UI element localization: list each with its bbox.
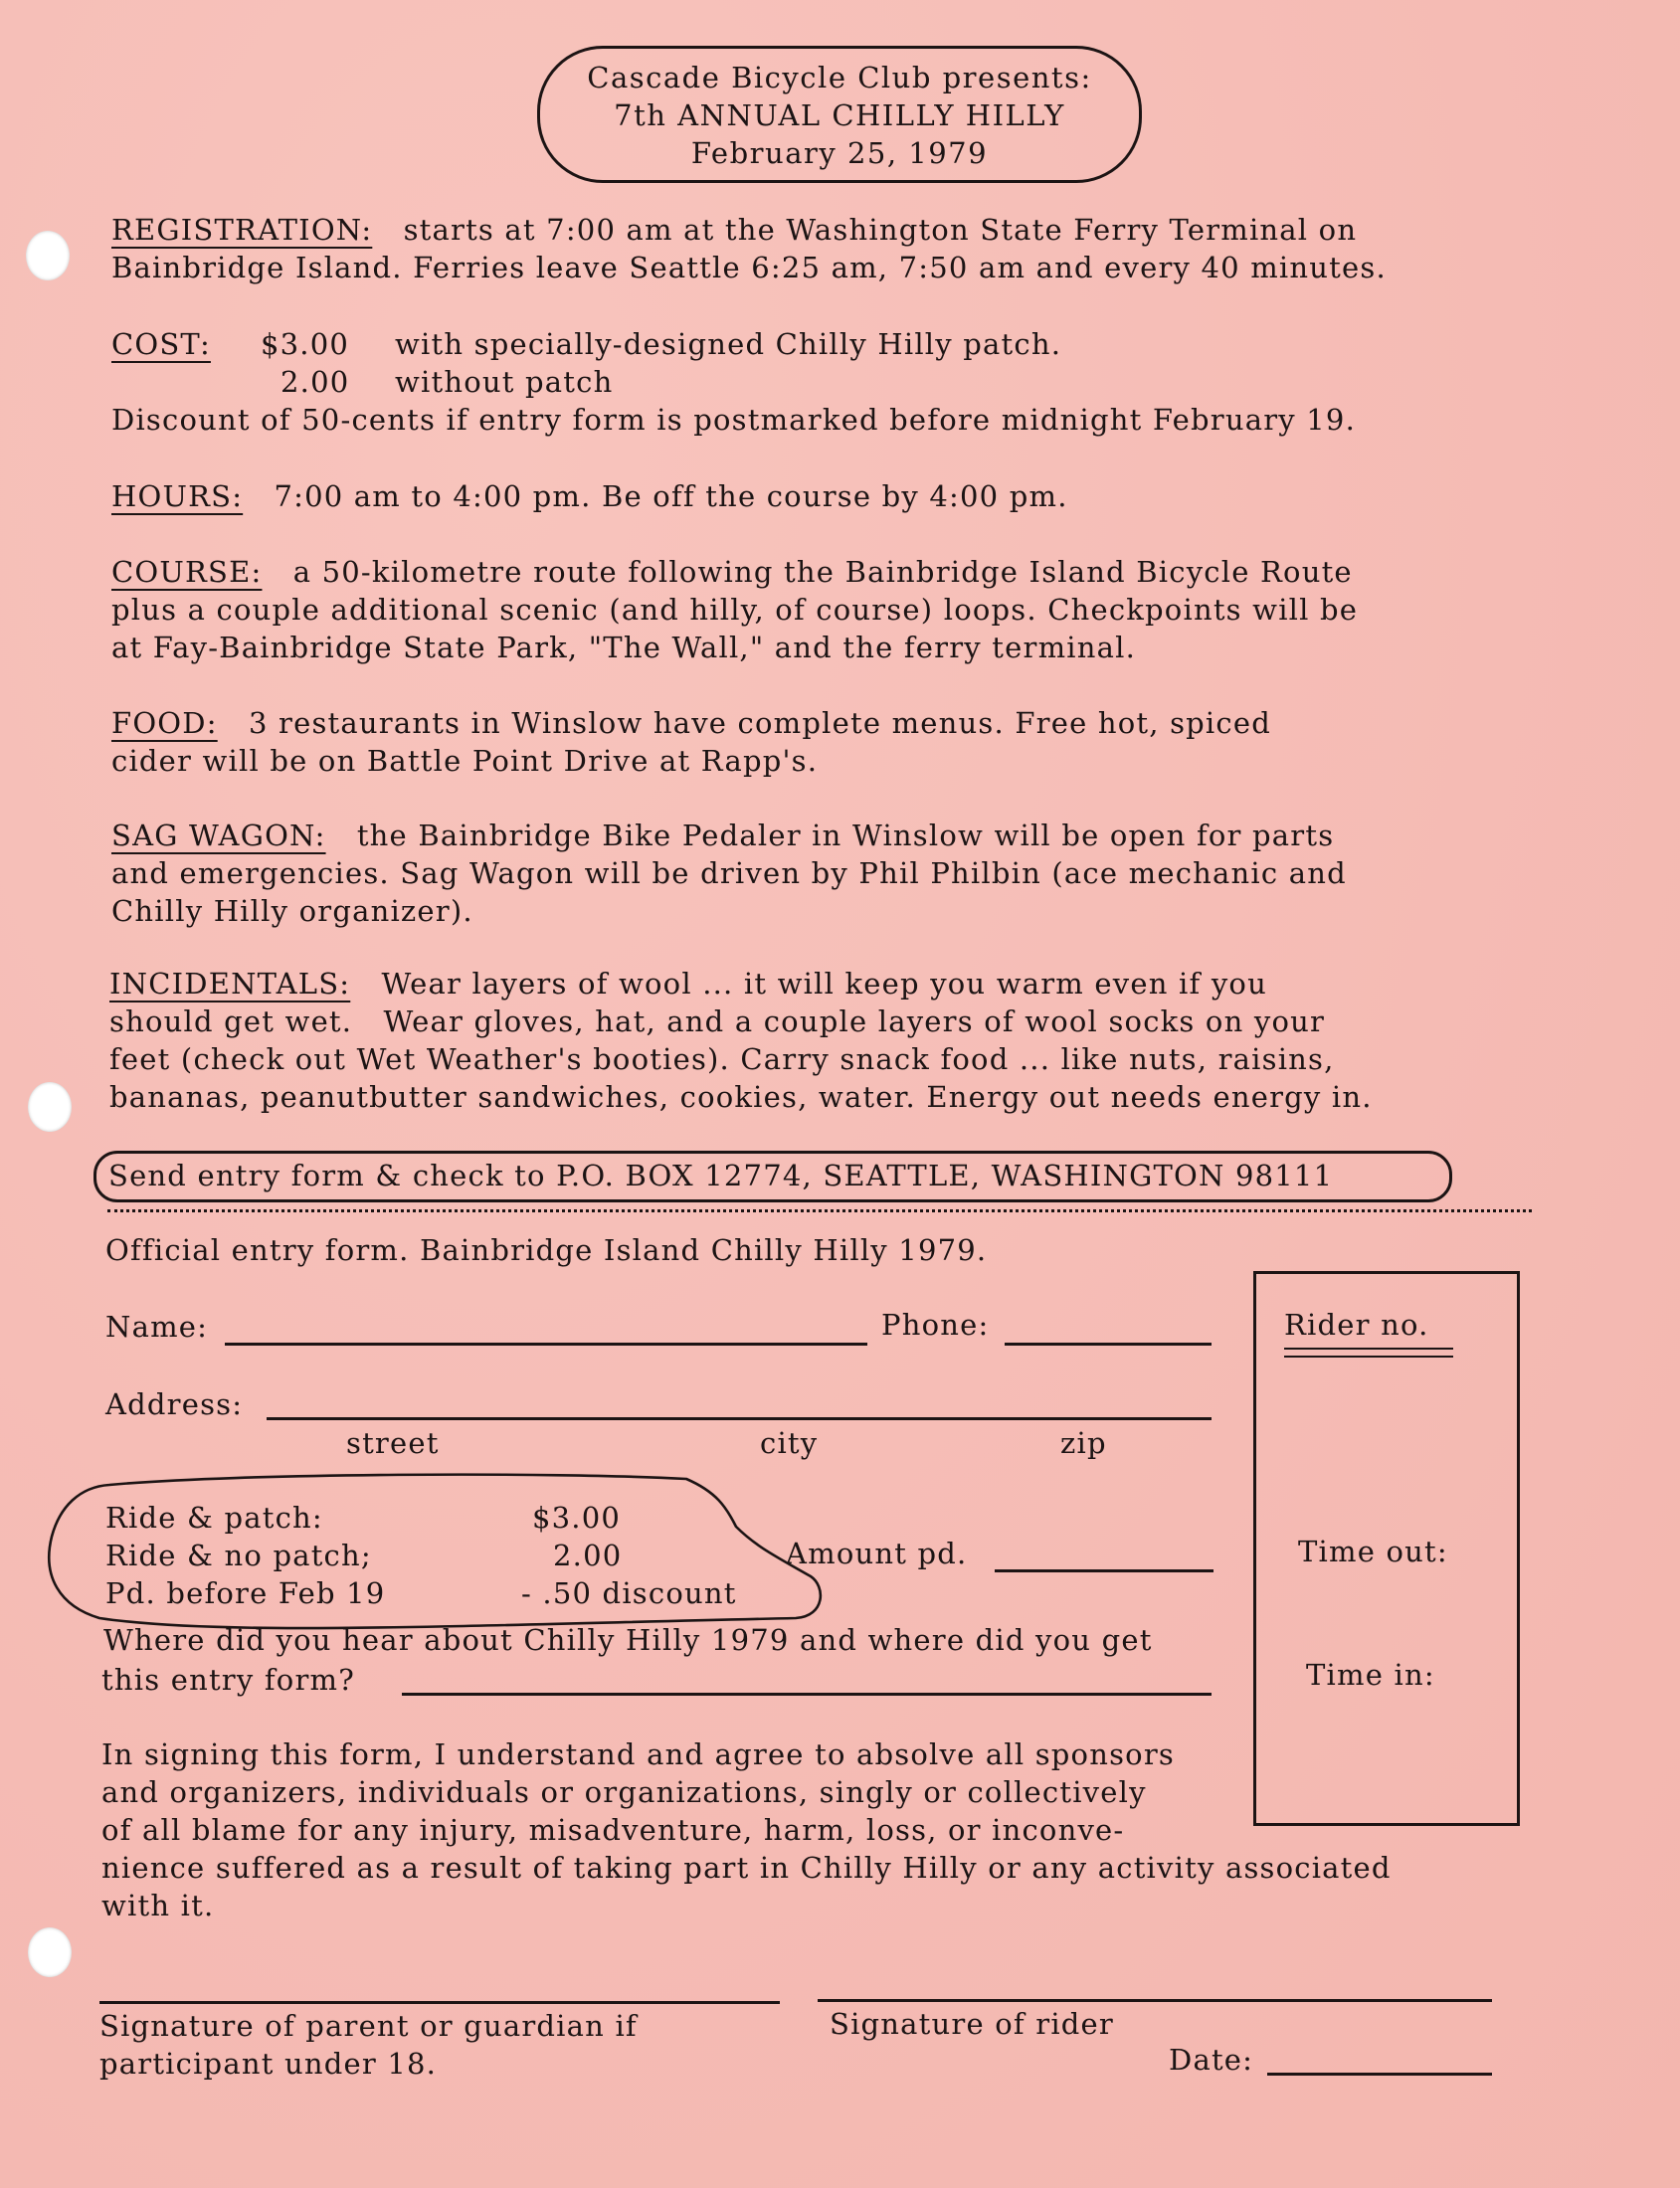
sag-wagon-line-1: the Bainbridge Bike Pedaler in Winslow w… — [357, 819, 1334, 852]
registration-label: REGISTRATION: — [111, 213, 372, 247]
sag-wagon-line-3: Chilly Hilly organizer). — [111, 892, 473, 930]
where-heard-field[interactable] — [402, 1693, 1212, 1696]
hours-text: 7:00 am to 4:00 pm. Be off the course by… — [274, 479, 1067, 513]
incidentals-line-2b: Wear gloves, hat, and a couple layers of… — [383, 1004, 1325, 1038]
name-field[interactable] — [225, 1343, 867, 1346]
waiver-line-4: nience suffered as a result of taking pa… — [101, 1849, 1392, 1887]
waiver-line-3: of all blame for any injury, misadventur… — [101, 1811, 1124, 1849]
cost-discount: Discount of 50-cents if entry form is po… — [111, 401, 1356, 439]
course-section: COURSE: a 50-kilometre route following t… — [111, 553, 1353, 591]
date-label: Date: — [1169, 2041, 1253, 2079]
incidentals-line-3: feet (check out Wet Weather's booties). … — [109, 1040, 1335, 1078]
event-title: 7th ANNUAL CHILLY HILLY — [540, 98, 1139, 132]
time-out-label: Time out: — [1298, 1533, 1448, 1570]
course-label: COURSE: — [111, 555, 262, 589]
incidentals-line-2: should get wet. Wear gloves, hat, and a … — [109, 1003, 1325, 1040]
address-label: Address: — [105, 1385, 243, 1423]
waiver-line-1: In signing this form, I understand and a… — [101, 1735, 1175, 1773]
registration-line-1: starts at 7:00 am at the Washington Stat… — [404, 213, 1358, 247]
punch-hole-top — [26, 231, 70, 280]
food-label: FOOD: — [111, 706, 218, 740]
incidentals-section: INCIDENTALS: Wear layers of wool ... it … — [109, 965, 1267, 1003]
course-line-2: plus a couple additional scenic (and hil… — [111, 591, 1358, 629]
course-line-3: at Fay-Bainbridge State Park, "The Wall,… — [111, 629, 1136, 666]
fee-label-1: Ride & patch: — [105, 1499, 323, 1537]
phone-label: Phone: — [881, 1306, 989, 1344]
fee-label-3: Pd. before Feb 19 — [105, 1574, 385, 1612]
course-line-1: a 50-kilometre route following the Bainb… — [293, 555, 1353, 589]
cost-desc-1: with specially-designed Chilly Hilly pat… — [395, 325, 1061, 363]
waiver-line-2: and organizers, individuals or organizat… — [101, 1773, 1147, 1811]
incidentals-label: INCIDENTALS: — [109, 967, 350, 1001]
rider-no-underline-2 — [1284, 1356, 1453, 1358]
rider-no-label: Rider no. — [1284, 1306, 1429, 1344]
punch-hole-bottom — [28, 1927, 72, 1977]
event-date: February 25, 1979 — [540, 136, 1139, 170]
fee-amount-2: 2.00 — [553, 1537, 622, 1574]
hours-section: HOURS: 7:00 am to 4:00 pm. Be off the co… — [111, 477, 1068, 515]
mailing-address-box: Send entry form & check to P.O. BOX 1277… — [93, 1151, 1452, 1202]
where-heard-line-1: Where did you hear about Chilly Hilly 19… — [103, 1621, 1153, 1659]
sag-wagon-section: SAG WAGON: the Bainbridge Bike Pedaler i… — [111, 817, 1334, 854]
hours-label: HOURS: — [111, 479, 243, 513]
mailing-address-text: Send entry form & check to P.O. BOX 1277… — [108, 1157, 1333, 1194]
food-section: FOOD: 3 restaurants in Winslow have comp… — [111, 704, 1271, 742]
rider-no-underline — [1284, 1348, 1453, 1350]
amount-paid-field[interactable] — [995, 1569, 1213, 1572]
amount-paid-label: Amount pd. — [786, 1535, 967, 1572]
date-field[interactable] — [1267, 2073, 1492, 2076]
rider-signature-field[interactable] — [818, 1999, 1492, 2002]
cost-price-2: 2.00 — [280, 363, 349, 401]
incidentals-line-1: Wear layers of wool ... it will keep you… — [382, 967, 1267, 1001]
parent-signature-caption-1: Signature of parent or guardian if — [99, 2007, 638, 2045]
official-use-box: Rider no. Time out: Time in: — [1253, 1271, 1520, 1826]
presenter-line: Cascade Bicycle Club presents: — [540, 61, 1139, 94]
waiver-line-5: with it. — [101, 1887, 214, 1924]
cut-line-divider — [107, 1209, 1532, 1212]
address-field[interactable] — [267, 1417, 1212, 1420]
name-label: Name: — [105, 1308, 208, 1346]
incidentals-line-2a: should get wet. — [109, 1004, 352, 1038]
address-city-caption: city — [760, 1424, 818, 1462]
food-line-1: 3 restaurants in Winslow have complete m… — [249, 706, 1271, 740]
time-in-label: Time in: — [1306, 1656, 1435, 1694]
parent-signature-field[interactable] — [99, 2001, 780, 2004]
sag-wagon-label: SAG WAGON: — [111, 819, 326, 852]
fee-label-2: Ride & no patch; — [105, 1537, 372, 1574]
cost-price-1: $3.00 — [261, 325, 349, 363]
sag-wagon-line-2: and emergencies. Sag Wagon will be drive… — [111, 854, 1347, 892]
parent-signature-caption-2: participant under 18. — [99, 2045, 437, 2083]
incidentals-line-4: bananas, peanutbutter sandwiches, cookie… — [109, 1078, 1373, 1116]
registration-section: REGISTRATION: starts at 7:00 am at the W… — [111, 211, 1357, 249]
cost-desc-2: without patch — [395, 363, 613, 401]
food-line-2: cider will be on Battle Point Drive at R… — [111, 742, 818, 780]
rider-signature-caption: Signature of rider — [830, 2005, 1114, 2043]
phone-field[interactable] — [1005, 1343, 1212, 1346]
fee-amount-3: - .50 discount — [521, 1574, 737, 1612]
cost-label: COST: — [111, 325, 211, 363]
entry-form-title: Official entry form. Bainbridge Island C… — [105, 1231, 987, 1269]
title-box: Cascade Bicycle Club presents: 7th ANNUA… — [537, 46, 1142, 183]
fee-amount-1: $3.00 — [532, 1499, 621, 1537]
where-heard-line-2: this entry form? — [101, 1661, 355, 1699]
address-street-caption: street — [346, 1424, 440, 1462]
address-zip-caption: zip — [1060, 1424, 1107, 1462]
punch-hole-middle — [28, 1082, 72, 1132]
registration-line-2: Bainbridge Island. Ferries leave Seattle… — [111, 249, 1387, 286]
